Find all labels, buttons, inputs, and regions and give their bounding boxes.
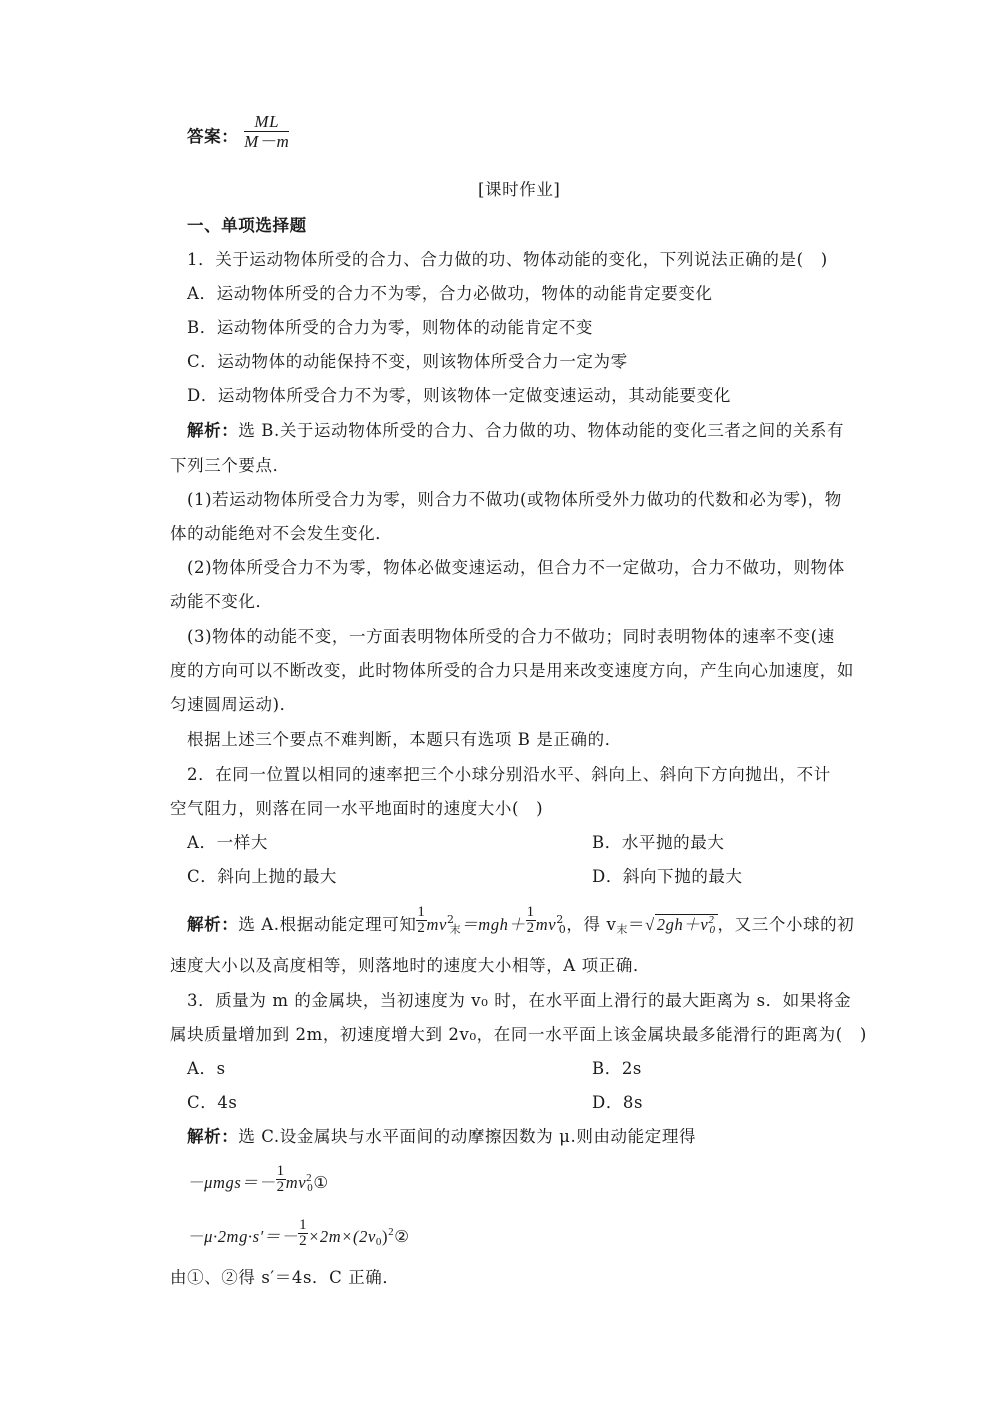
half-fraction: 12	[298, 1218, 308, 1249]
section-title: [课时作业]	[478, 180, 560, 200]
q3-analysis-label: 解析：	[187, 1127, 238, 1146]
fraction-numerator: 1	[416, 905, 426, 921]
q3-analysis-line-1: 解析：选 C.设金属块与水平面间的动摩擦因数为 μ.则由动能定理得	[187, 1127, 696, 1147]
q1-analysis-point-3-cont: 度的方向可以不断改变，此时物体所受的合力只是用来改变速度方向，产生向心加速度，如	[170, 661, 854, 681]
equation-right: ×2m×(2v	[308, 1227, 376, 1246]
q2-option-c: C．斜向上抛的最大	[187, 867, 337, 887]
document-page: 答案： ML M－m [课时作业] 一、单项选择题 1．关于运动物体所受的合力、…	[0, 0, 1000, 1414]
q1-option-d: D．运动物体所受合力不为零，则该物体一定做变速运动，其动能要变化	[187, 386, 731, 406]
fraction-denominator: 2	[298, 1234, 308, 1249]
sqrt-symbol: √	[645, 915, 655, 934]
q3-conclusion: 由①、②得 s′＝4s．C 正确．	[170, 1268, 400, 1288]
fraction-denominator: 2	[276, 1180, 286, 1195]
formula-term: mv	[427, 915, 447, 934]
fraction-numerator: 1	[526, 905, 536, 921]
fraction-denominator: 2	[416, 921, 426, 936]
q2-stem-line-2: 空气阻力，则落在同一水平地面时的速度大小( )	[170, 799, 543, 819]
q1-analysis-line-1: 解析：选 B.关于运动物体所受的合力、合力做的功、物体动能的变化三者之间的关系有	[187, 421, 844, 441]
equation-marker: ①	[313, 1173, 328, 1192]
fraction-denominator: 2	[526, 921, 536, 936]
q1-analysis-point-2-cont: 动能不变化．	[170, 592, 273, 612]
q3-option-b: B．2s	[592, 1059, 642, 1079]
q3-stem-line-2: 属块质量增加到 2m，初速度增大到 2v₀，在同一水平面上该金属块最多能滑行的距…	[170, 1025, 867, 1045]
q2-option-b: B．水平抛的最大	[592, 833, 724, 853]
q3-equation-1: －μmgs＝－12mv20①	[187, 1168, 329, 1198]
answer-denominator: M－m	[244, 132, 289, 151]
fraction-numerator: 1	[276, 1164, 286, 1180]
q1-analysis-point-3-end: 匀速圆周运动)．	[170, 695, 297, 715]
formula-subscript: 末	[450, 923, 462, 936]
equation-right: mv	[286, 1173, 306, 1192]
half-fraction: 12	[276, 1164, 286, 1195]
formula-subscript: 末	[616, 923, 628, 936]
q2-analysis-label: 解析：	[187, 915, 238, 934]
answer-line: 答案： ML M－m	[187, 124, 289, 151]
q2-stem-line-1: 2．在同一位置以相同的速率把三个小球分别沿水平、斜向上、斜向下方向抛出，不计	[187, 765, 831, 785]
q1-analysis-point-2: (2)物体所受合力不为零，物体必做变速运动，但合力不一定做功，合力不做功，则物体	[187, 558, 845, 578]
q1-analysis-point-1-cont: 体的动能绝对不会发生变化．	[170, 524, 392, 544]
q3-option-c: C．4s	[187, 1093, 238, 1113]
formula-middle: ＝mgh＋	[461, 915, 525, 934]
answer-numerator: ML	[244, 112, 289, 132]
part-heading: 一、单项选择题	[187, 216, 307, 236]
q3-stem-line-1: 3．质量为 m 的金属块，当初速度为 v₀ 时，在水平面上滑行的最大距离为 s．…	[187, 991, 851, 1011]
q1-option-a: A．运动物体所受的合力不为零，合力必做功，物体的动能肯定要变化	[187, 284, 713, 304]
q3-analysis-text: 选 C.设金属块与水平面间的动摩擦因数为 μ.则由动能定理得	[238, 1127, 696, 1146]
equation-left: －μ·2mg·s′＝－	[187, 1227, 298, 1246]
equation-marker: ②	[394, 1227, 409, 1246]
q1-analysis-label: 解析：	[187, 421, 238, 440]
formula-equals: ＝	[628, 915, 645, 934]
q2-analysis-line-2: 速度大小以及高度相等，则落地时的速度大小相等，A 项正确．	[170, 956, 650, 976]
q1-analysis-text: 选 B.关于运动物体所受的合力、合力做的功、物体动能的变化三者之间的关系有	[238, 421, 844, 440]
q3-equation-2: －μ·2mg·s′＝－12×2m×(2v0)2②	[187, 1222, 410, 1252]
sqrt-content: 2gh＋v	[657, 915, 709, 934]
formula-result-label: ，得 v	[566, 915, 616, 934]
answer-fraction: ML M－m	[244, 112, 289, 151]
q2-option-d: D．斜向下抛的最大	[592, 867, 743, 887]
q2-analysis-prefix: 选 A.根据动能定理可知	[238, 915, 416, 934]
q2-analysis-line-1: 解析：选 A.根据动能定理可知12mv2末＝mgh＋12mv20，得 v末＝√2…	[187, 910, 854, 940]
q3-option-d: D．8s	[592, 1093, 643, 1113]
formula-term: mv	[536, 915, 556, 934]
q1-analysis-point-3: (3)物体的动能不变，一方面表明物体所受的合力不做功；同时表明物体的速率不变(速	[187, 627, 835, 647]
equation-left: －μmgs＝－	[187, 1173, 276, 1192]
q1-option-c: C．运动物体的动能保持不变，则该物体所受合力一定为零	[187, 352, 628, 372]
q1-analysis-conclusion: 根据上述三个要点不难判断，本题只有选项 B 是正确的．	[187, 730, 622, 750]
q1-analysis-point-1: (1)若运动物体所受合力为零，则合力不做功(或物体所受外力做功的代数和必为零)，…	[187, 490, 842, 510]
q1-stem: 1．关于运动物体所受的合力、合力做的功、物体动能的变化，下列说法正确的是( )	[187, 250, 828, 270]
fraction-numerator: 1	[298, 1218, 308, 1234]
sqrt-radicand: 2gh＋v20	[655, 914, 718, 934]
half-fraction: 12	[416, 905, 426, 936]
q2-option-a: A．一样大	[187, 833, 268, 853]
q2-analysis-suffix: ，又三个小球的初	[718, 915, 855, 934]
answer-label: 答案：	[187, 127, 238, 146]
q1-option-b: B．运动物体所受的合力为零，则物体的动能肯定不变	[187, 318, 593, 338]
formula-subscript: 0	[709, 924, 715, 936]
q3-option-a: A．s	[187, 1059, 226, 1079]
q1-analysis-line-2: 下列三个要点．	[170, 456, 290, 476]
half-fraction: 12	[526, 905, 536, 936]
